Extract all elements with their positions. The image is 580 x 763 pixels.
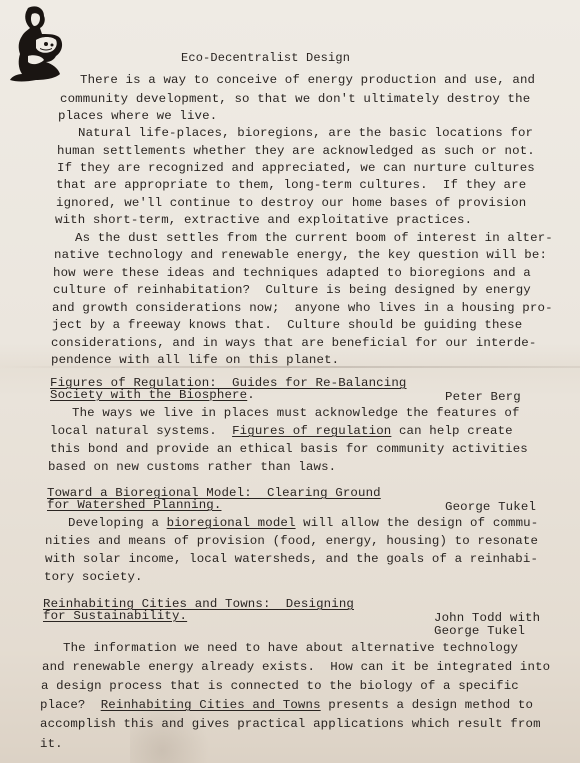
text-span: will allow the design of commu- bbox=[296, 516, 539, 530]
section-title-line: Society with the Biosphere. bbox=[50, 387, 255, 404]
section-title-line: for Sustainability. bbox=[43, 608, 187, 625]
text-line: Developing a bioregional model will allo… bbox=[68, 515, 538, 532]
text-line: a design process that is connected to th… bbox=[41, 678, 519, 695]
text-line: place? Reinhabiting Cities and Towns pre… bbox=[40, 697, 533, 714]
book-title-reference: bioregional model bbox=[167, 516, 296, 530]
text-line: The ways we live in places must acknowle… bbox=[72, 405, 520, 422]
text-line: based on new customs rather than laws. bbox=[48, 459, 336, 476]
text-line: accomplish this and gives practical appl… bbox=[40, 716, 541, 733]
text-line: The information we need to have about al… bbox=[63, 640, 518, 657]
text-line: If they are recognized and appreciated, … bbox=[57, 160, 535, 177]
text-span: local natural systems. bbox=[50, 424, 232, 438]
book-title-reference: Figures of regulation bbox=[232, 424, 391, 438]
text-line: pendence with all life on this planet. bbox=[51, 352, 339, 369]
text-line: that are appropriate to them, long-term … bbox=[56, 177, 526, 194]
text-line: and renewable energy already exists. How… bbox=[42, 659, 550, 676]
section-title-line: for Watershed Planning. bbox=[47, 497, 221, 514]
text-line: There is a way to conceive of energy pro… bbox=[80, 72, 535, 89]
text-line: with short-term, extractive and exploita… bbox=[55, 212, 472, 229]
text-line: how were these ideas and techniques adap… bbox=[53, 265, 531, 282]
text-line: tory society. bbox=[44, 569, 143, 586]
text-span: place? bbox=[40, 698, 101, 712]
section-title-period: . bbox=[247, 388, 255, 402]
text-line: this bond and provide an ethical basis f… bbox=[50, 441, 528, 458]
section-title-text: Society with the Biosphere bbox=[50, 388, 247, 402]
text-line: native technology and renewable energy, … bbox=[54, 247, 547, 264]
text-line: community development, so that we don't … bbox=[60, 91, 530, 108]
text-line: and growth considerations now; anyone wh… bbox=[52, 300, 553, 317]
text-line: with solar income, local watersheds, and… bbox=[45, 551, 538, 568]
section-author: Peter Berg bbox=[445, 389, 521, 406]
section-author: George Tukel bbox=[445, 499, 536, 516]
text-span: presents a design method to bbox=[321, 698, 533, 712]
text-line: culture of reinhabitation? Culture is be… bbox=[53, 282, 531, 299]
section-author: George Tukel bbox=[434, 623, 525, 640]
text-line: ignored, we'll continue to destroy our h… bbox=[56, 195, 526, 212]
document-page: Eco-Decentralist Design There is a way t… bbox=[0, 0, 580, 763]
text-line: places where we live. bbox=[58, 108, 217, 125]
text-span: can help create bbox=[391, 424, 512, 438]
document-title: Eco-Decentralist Design bbox=[181, 50, 350, 67]
text-line: local natural systems. Figures of regula… bbox=[50, 423, 513, 440]
text-line: As the dust settles from the current boo… bbox=[75, 230, 553, 247]
text-line: Natural life-places, bioregions, are the… bbox=[78, 125, 533, 142]
text-line: nities and means of provision (food, ene… bbox=[45, 533, 538, 550]
text-line: considerations, and in ways that are ben… bbox=[51, 335, 536, 352]
text-line: ject by a freeway knows that. Culture sh… bbox=[52, 317, 522, 334]
text-span: Developing a bbox=[68, 516, 167, 530]
text-line: it. bbox=[40, 736, 63, 753]
book-title-reference: Reinhabiting Cities and Towns bbox=[101, 698, 321, 712]
text-line: human settlements whether they are ackno… bbox=[57, 143, 535, 160]
